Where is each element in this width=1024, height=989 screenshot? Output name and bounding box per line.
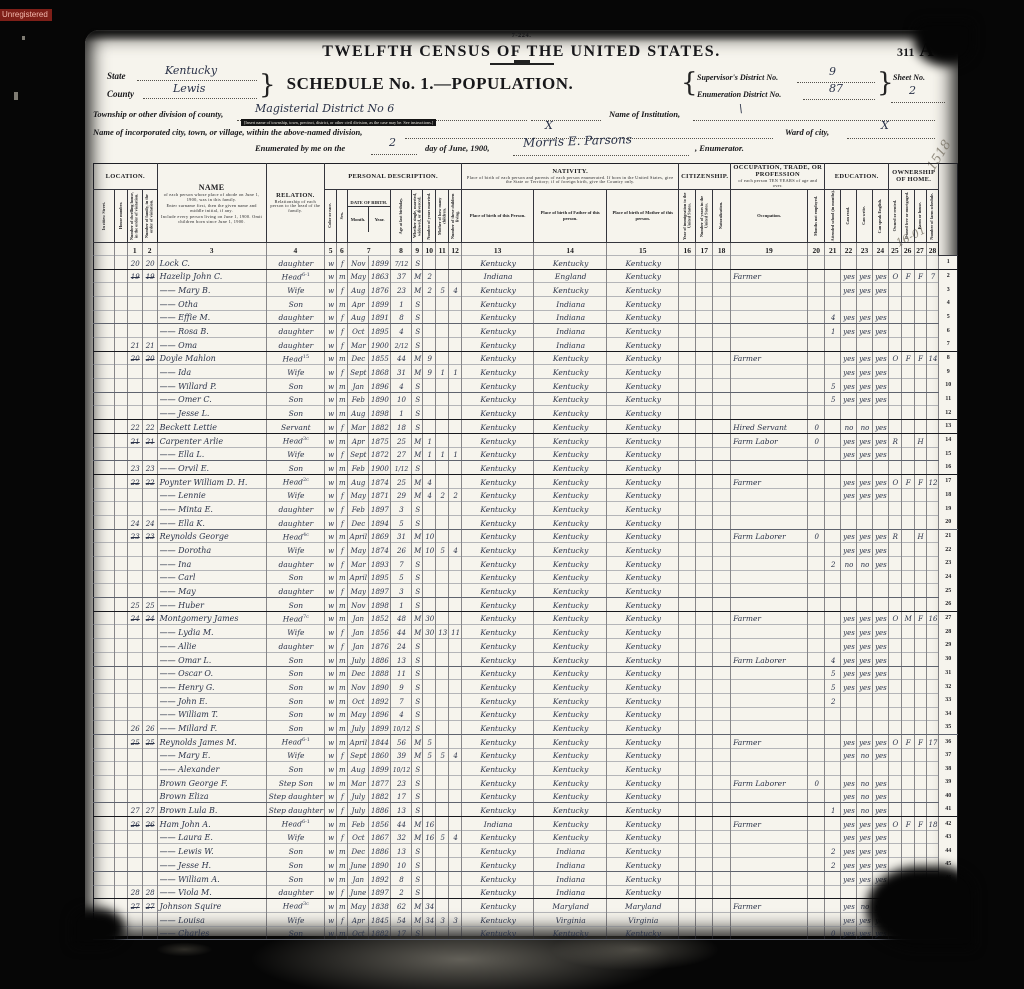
value-ma: M: [412, 752, 422, 761]
cell-oc: [731, 885, 808, 899]
cell-ag: 5: [390, 570, 411, 584]
cell-rd: [841, 255, 857, 269]
cell-pb: Kentucky: [462, 543, 534, 557]
table-row: 1919Hazelip John C.Head6-1wmMay186337M2I…: [94, 269, 958, 283]
column-number-18: 18: [713, 242, 731, 255]
cell-house: [115, 858, 128, 872]
value-wr: yes: [857, 670, 872, 679]
cell-ma: S: [412, 255, 423, 269]
cell-rd: yes: [841, 433, 857, 447]
value-rd: yes: [841, 807, 856, 816]
row-number: 19: [939, 502, 958, 516]
value-pb: Kentucky: [462, 601, 533, 611]
cell-pm: Kentucky: [607, 447, 679, 461]
cell-ym: [423, 584, 436, 598]
cell-fh: [914, 365, 926, 379]
cell-ma: S: [412, 858, 423, 872]
cell-oc: [731, 926, 808, 940]
cell-wr: [856, 721, 872, 735]
cell-mc: [436, 844, 449, 858]
cell-pm: Kentucky: [607, 515, 679, 529]
value-pm: Kentucky: [607, 313, 678, 323]
cell-mo: July: [347, 721, 368, 735]
cell-ma: S: [412, 844, 423, 858]
cell-dw: 21: [127, 338, 142, 352]
cell-wr: no: [856, 748, 872, 762]
cell-fm: [142, 625, 157, 639]
cell-co: w: [325, 598, 337, 612]
cell-c1: [679, 283, 696, 297]
value-ma: M: [412, 615, 422, 624]
cell-street: [94, 543, 115, 557]
value-mc: 5: [436, 287, 448, 296]
cell-yr: 1892: [369, 693, 391, 707]
value-sx: m: [337, 848, 347, 857]
cell-pb: Kentucky: [462, 338, 534, 352]
cell-sc: [825, 871, 841, 885]
value-ag: 31: [391, 369, 411, 378]
value-pf: Kentucky: [534, 286, 606, 296]
cell-pb: Kentucky: [462, 502, 534, 516]
cell-nm: —— Omar L.: [157, 652, 266, 666]
cell-ym: 9: [423, 365, 436, 379]
column-number-6: 6: [337, 242, 348, 255]
cell-mn: [807, 392, 824, 406]
cell-mo: Feb: [347, 461, 368, 475]
value-wr: yes: [857, 479, 872, 488]
value-rl: Step Son: [267, 779, 325, 789]
cell-street: [94, 420, 115, 434]
cell-ma: M: [412, 830, 423, 844]
value-nm: —— Rosa B.: [158, 327, 266, 337]
cell-ym: [423, 721, 436, 735]
table-row: —— Mary B.WifewfAug187623M254KentuckyKen…: [94, 283, 958, 297]
value-pm: Kentucky: [607, 847, 678, 857]
cell-sc: 2: [825, 844, 841, 858]
cell-c3: [713, 844, 731, 858]
cell-c3: [713, 474, 731, 488]
value-nm: —— Effie M.: [158, 313, 266, 323]
cell-rl: Step Son: [266, 776, 325, 790]
value-sx: m: [337, 301, 347, 310]
cell-pm: Kentucky: [607, 721, 679, 735]
cell-fn: 14: [926, 351, 939, 365]
value-ym: 30: [423, 629, 435, 638]
cell-wr: [856, 461, 872, 475]
cell-wr: [856, 338, 872, 352]
cell-oh: [888, 365, 901, 379]
cell-en: yes: [872, 543, 888, 557]
cell-ym: [423, 803, 436, 817]
cell-sc: [825, 433, 841, 447]
table-row: 2121—— OmadaughterwfMar19002/12SKentucky…: [94, 338, 958, 352]
value-yr: 1845: [369, 917, 390, 926]
value-nm: —— Jesse L.: [158, 409, 266, 419]
cell-sx: m: [337, 570, 348, 584]
value-mo: Oct: [348, 698, 368, 707]
row-number: 6: [939, 324, 958, 338]
value-yr: 1899: [369, 301, 390, 310]
cell-of: F: [901, 474, 914, 488]
value-en: yes: [873, 615, 888, 624]
value-ag: 8: [391, 876, 411, 885]
value-ag: 8: [391, 314, 411, 323]
cell-wr: yes: [856, 365, 872, 379]
value-ag: 5: [391, 574, 411, 583]
cell-en: yes: [872, 557, 888, 571]
value-rd: yes: [841, 930, 856, 939]
cell-of: [901, 515, 914, 529]
value-co: w: [325, 383, 336, 392]
cell-fn: [926, 310, 939, 324]
cell-c3: [713, 255, 731, 269]
value-fm: 27: [143, 903, 157, 912]
row-number: 3: [939, 283, 958, 297]
value-yr: 1890: [369, 396, 390, 405]
cell-mn: [807, 734, 824, 748]
column-number-5: 5: [325, 242, 337, 255]
cell-pm: Kentucky: [607, 543, 679, 557]
value-nm: —— Omar L.: [158, 656, 266, 666]
header-col-wr: Can write.: [856, 189, 872, 242]
value-fn: 14: [927, 355, 939, 364]
cell-c2: [696, 420, 713, 434]
cell-rl: Head6-1: [266, 817, 325, 831]
value-pf: Indiana: [534, 341, 606, 351]
cell-mc: 13: [436, 625, 449, 639]
value-sx: f: [337, 917, 347, 926]
value-co: w: [325, 533, 336, 542]
cell-sc: [825, 721, 841, 735]
value-sc: 2: [825, 848, 840, 857]
cell-en: [872, 406, 888, 420]
cell-yr: 1897: [369, 502, 391, 516]
cell-en: yes: [872, 652, 888, 666]
group-nativity-subtext: Place of birth of each person and parent…: [462, 175, 678, 186]
value-mo: Aug: [348, 766, 368, 775]
cell-pb: Kentucky: [462, 803, 534, 817]
value-sc: 4: [825, 657, 840, 666]
cell-mn: [807, 598, 824, 612]
cell-sc: [825, 338, 841, 352]
cell-wr: no: [856, 420, 872, 434]
value-pf: Kentucky: [534, 368, 606, 378]
cell-c1: [679, 255, 696, 269]
cell-house: [115, 310, 128, 324]
cell-yr: 1888: [369, 666, 391, 680]
value-co: w: [325, 807, 336, 816]
cell-fh: [914, 515, 926, 529]
cell-yr: 1872: [369, 447, 391, 461]
value-sx: m: [337, 780, 347, 789]
value-sx: m: [337, 479, 347, 488]
value-en: yes: [873, 424, 888, 433]
value-ym: 34: [423, 917, 435, 926]
cell-fn: [926, 283, 939, 297]
cell-nm: —— William A.: [157, 871, 266, 885]
cell-pb: Kentucky: [462, 680, 534, 694]
cell-sc: [825, 515, 841, 529]
cell-oh: [888, 392, 901, 406]
cell-pb: Kentucky: [462, 310, 534, 324]
value-nm: Montgomery James: [158, 614, 266, 624]
cell-nm: —— Ina: [157, 557, 266, 571]
cell-oc: [731, 680, 808, 694]
cell-of: [901, 502, 914, 516]
value-nm: —— Ina: [158, 560, 266, 570]
cell-oc: [731, 379, 808, 393]
value-mc: 2: [436, 492, 448, 501]
cell-dw: 24: [127, 515, 142, 529]
cell-ym: 10: [423, 543, 436, 557]
cell-cl: [449, 310, 462, 324]
cell-ym: [423, 844, 436, 858]
value-mo: Nov: [348, 602, 368, 611]
cell-en: yes: [872, 789, 888, 803]
cell-ym: 2: [423, 283, 436, 297]
institution-mark: \: [739, 102, 743, 115]
value-co: w: [325, 451, 336, 460]
value-ma: S: [412, 657, 422, 666]
value-pm: Kentucky: [607, 792, 678, 802]
cell-pb: Kentucky: [462, 584, 534, 598]
cell-nm: Brown George F.: [157, 776, 266, 790]
row-number: 29: [939, 639, 958, 653]
cell-pm: Kentucky: [607, 871, 679, 885]
cell-ag: 2/12: [390, 338, 411, 352]
value-pf: Virginia: [534, 916, 606, 926]
value-nm: —— Allie: [158, 642, 266, 652]
cell-ag: 25: [390, 474, 411, 488]
value-yr: 1893: [369, 561, 390, 570]
value-ma: S: [412, 342, 422, 351]
value-rl: Wife: [267, 546, 325, 556]
value-pf: Kentucky: [534, 765, 606, 775]
cell-co: w: [325, 666, 337, 680]
value-rl: Son: [267, 464, 325, 474]
cell-sx: m: [337, 666, 348, 680]
cell-c1: [679, 885, 696, 899]
value-co: w: [325, 793, 336, 802]
value-fn: 17: [927, 739, 939, 748]
value-rd: yes: [841, 273, 856, 282]
value-rl: daughter: [267, 560, 325, 570]
cell-fm: [142, 379, 157, 393]
cell-cl: [449, 734, 462, 748]
cell-ym: 2: [423, 269, 436, 283]
cell-en: yes: [872, 680, 888, 694]
cell-oc: [731, 912, 808, 926]
cell-oh: O: [888, 269, 901, 283]
value-nm: —— Mary B.: [158, 286, 266, 296]
cell-c2: [696, 762, 713, 776]
cell-nm: —— Alexander: [157, 762, 266, 776]
cell-sc: [825, 598, 841, 612]
value-co: w: [325, 711, 336, 720]
cell-sc: [825, 283, 841, 297]
value-dw: 21: [128, 342, 142, 351]
institution-label: Name of Institution,: [609, 109, 680, 119]
county-label: County: [107, 89, 134, 99]
cell-dw: [127, 392, 142, 406]
cell-ag: 8: [390, 310, 411, 324]
value-pm: Kentucky: [607, 642, 678, 652]
value-cl: 4: [449, 287, 461, 296]
cell-fh: [914, 776, 926, 790]
cell-c1: [679, 338, 696, 352]
cell-ag: 39: [390, 748, 411, 762]
cell-nm: —— Effie M.: [157, 310, 266, 324]
cell-sc: [825, 734, 841, 748]
cell-mc: 5: [436, 748, 449, 762]
cell-rl: Son: [266, 858, 325, 872]
value-sx: m: [337, 725, 347, 734]
value-mo: Jan: [348, 615, 368, 624]
value-mo: Dec: [348, 520, 368, 529]
cell-rl: Son: [266, 461, 325, 475]
cell-fh: [914, 598, 926, 612]
cell-c3: [713, 652, 731, 666]
value-sx: m: [337, 670, 347, 679]
cell-pm: Virginia: [607, 912, 679, 926]
cell-mo: Feb: [347, 502, 368, 516]
cell-en: yes: [872, 488, 888, 502]
value-pf: Kentucky: [534, 546, 606, 556]
value-sx: m: [337, 574, 347, 583]
row-number: 25: [939, 584, 958, 598]
value-pb: Kentucky: [462, 395, 533, 405]
cell-sx: f: [337, 912, 348, 926]
value-dw: 22: [128, 424, 142, 433]
cell-street: [94, 844, 115, 858]
cell-sx: m: [337, 680, 348, 694]
value-pm: Kentucky: [607, 272, 678, 282]
header-col-pm: Place of birth of Mother of this person.: [607, 189, 679, 242]
cell-rd: yes: [841, 871, 857, 885]
value-co: w: [325, 739, 336, 748]
value-oc: Farmer: [731, 478, 807, 488]
cell-mo: Oct: [347, 324, 368, 338]
cell-ag: 7/12: [390, 255, 411, 269]
cell-cl: [449, 392, 462, 406]
enumerator-label: , Enumerator.: [695, 143, 744, 153]
value-ag: 2: [391, 889, 411, 898]
cell-c3: [713, 871, 731, 885]
value-pm: Kentucky: [607, 683, 678, 693]
column-number-13: 13: [462, 242, 534, 255]
cell-fm: [142, 283, 157, 297]
value-rl: Head3c: [267, 436, 325, 447]
cell-en: yes: [872, 324, 888, 338]
cell-mc: [436, 406, 449, 420]
table-row: —— Rosa B.daughterwfOct18954SKentuckyInd…: [94, 324, 958, 338]
cell-c2: [696, 776, 713, 790]
cell-street: [94, 680, 115, 694]
cell-house: [115, 598, 128, 612]
cell-co: w: [325, 433, 337, 447]
cell-pm: Kentucky: [607, 351, 679, 365]
header-col-fh-label: Farm or house.: [918, 202, 922, 229]
table-row: 2020Doyle MahlonHead15wmDec185544M9Kentu…: [94, 351, 958, 365]
value-oc: Hired Servant: [731, 423, 807, 433]
cell-street: [94, 570, 115, 584]
cell-fm: 22: [142, 420, 157, 434]
cell-pb: Kentucky: [462, 748, 534, 762]
cell-pb: Kentucky: [462, 598, 534, 612]
value-sx: f: [337, 547, 347, 556]
cell-yr: 1892: [369, 871, 391, 885]
cell-pm: Kentucky: [607, 433, 679, 447]
cell-mo: Apr: [347, 296, 368, 310]
cell-ma: S: [412, 324, 423, 338]
value-nm: Doyle Mahlon: [158, 354, 266, 364]
cell-fh: [914, 803, 926, 817]
value-nm: Johnson Squire: [158, 902, 266, 912]
cell-wr: [856, 598, 872, 612]
cell-ma: M: [412, 625, 423, 639]
value-ag: 44: [391, 355, 411, 364]
cell-oc: Farm Laborer: [731, 529, 808, 543]
cell-co: w: [325, 748, 337, 762]
cell-c1: [679, 392, 696, 406]
cell-en: [872, 255, 888, 269]
cell-pf: Kentucky: [534, 255, 607, 269]
cell-c3: [713, 762, 731, 776]
value-nm: Ham John A.: [158, 820, 266, 830]
cell-fn: [926, 255, 939, 269]
cell-c3: [713, 269, 731, 283]
cell-ag: 10: [390, 392, 411, 406]
value-oc: Farmer: [731, 902, 807, 912]
cell-pm: Kentucky: [607, 666, 679, 680]
cell-ma: S: [412, 926, 423, 940]
cell-c1: [679, 269, 696, 283]
enumerator-signature: Morris E. Parsons: [523, 132, 632, 150]
value-yr: 1896: [369, 383, 390, 392]
cell-cl: [449, 296, 462, 310]
cell-c1: [679, 803, 696, 817]
cell-en: yes: [872, 351, 888, 365]
incorporated-value: X: [545, 119, 553, 132]
cell-c1: [679, 584, 696, 598]
value-mo: Sept: [348, 369, 368, 378]
value-pb: Kentucky: [462, 286, 533, 296]
value-fm: 20: [143, 355, 157, 364]
cell-fm: 20: [142, 351, 157, 365]
value-cl: 4: [449, 547, 461, 556]
cell-c2: [696, 858, 713, 872]
cell-mn: [807, 762, 824, 776]
cell-rl: Son: [266, 406, 325, 420]
group-citizenship-label: CITIZENSHIP.: [681, 173, 728, 180]
cell-mo: Nov: [347, 255, 368, 269]
value-co: w: [325, 506, 336, 515]
cell-mo: Nov: [347, 598, 368, 612]
cell-wr: yes: [856, 666, 872, 680]
table-row: —— Lewis W.SonwmDec188613SKentuckyIndian…: [94, 844, 958, 858]
value-ag: 7/12: [391, 261, 411, 269]
cell-mn: [807, 269, 824, 283]
value-ma: S: [412, 301, 422, 310]
value-nm: Brown Eliza: [158, 792, 266, 802]
cell-c1: [679, 912, 696, 926]
cell-oc: [731, 488, 808, 502]
cell-oh: [888, 584, 901, 598]
cell-oc: Farmer: [731, 474, 808, 488]
value-pf: Kentucky: [534, 710, 606, 720]
cell-fm: [142, 707, 157, 721]
cell-house: [115, 748, 128, 762]
